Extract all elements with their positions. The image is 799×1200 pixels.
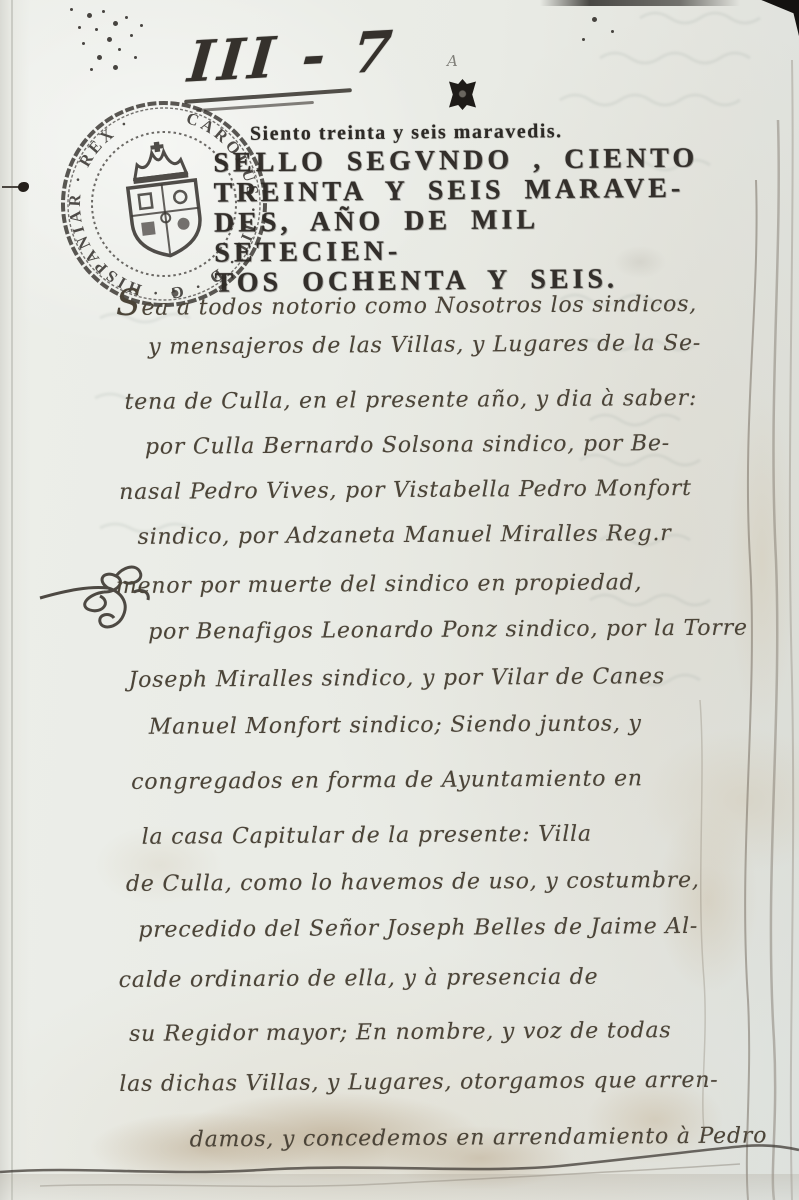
manuscript-line: su Regidor mayor; En nombre, y voz de to… <box>129 1018 672 1047</box>
manuscript-document-page: III - 7 A Siento treinta y seis maravedi… <box>0 0 799 1200</box>
manuscript-line: por Culla Bernardo Solsona sindico, por … <box>145 431 670 460</box>
manuscript-line: damos, y concedemos en arrendamiento à P… <box>190 1123 768 1152</box>
manuscript-line: sindico, por Adzaneta Manuel Miralles Re… <box>137 521 671 550</box>
manuscript-line: de Culla, como lo havemos de uso, y cost… <box>126 868 700 897</box>
manuscript-line: y mensajeros de las Villas, y Lugares de… <box>148 331 701 360</box>
manuscript-line: calde ordinario de ella, y à presencia d… <box>119 965 599 993</box>
manuscript-line: Manuel Monfort sindico; Siendo juntos, y <box>149 711 642 739</box>
manuscript-line: nasal Pedro Vives, por Vistabella Pedro … <box>119 476 692 505</box>
manuscript-line: menor por muerte del sindico en propieda… <box>116 570 643 599</box>
manuscript-body: Sea a todos notorio como Nosotros los si… <box>0 0 799 1200</box>
manuscript-line: las dichas Villas, y Lugares, otorgamos … <box>119 1068 718 1097</box>
manuscript-line: Joseph Miralles sindico, y por Vilar de … <box>128 664 665 693</box>
manuscript-line: tena de Culla, en el presente año, y dia… <box>125 386 698 415</box>
torn-bottom-strip <box>0 1174 799 1200</box>
manuscript-line: por Benafigos Leonardo Ponz sindico, por… <box>148 616 748 645</box>
manuscript-line: Sea a todos notorio como Nosotros los si… <box>116 279 697 324</box>
manuscript-line: congregados en forma de Ayuntamiento en <box>131 766 643 795</box>
manuscript-line: precedido del Señor Joseph Belles de Jai… <box>138 914 698 943</box>
manuscript-line: la casa Capitular de la presente: Villa <box>142 822 592 850</box>
